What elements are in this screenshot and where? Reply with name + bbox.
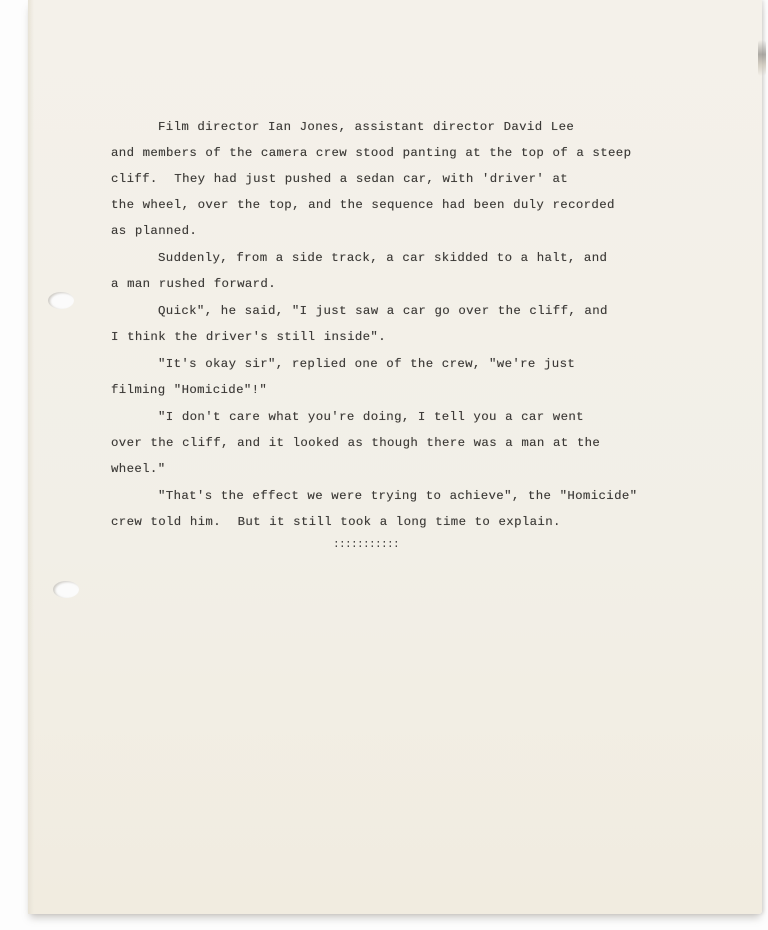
paragraph-4: "It's okay sir", replied one of the crew…: [111, 351, 711, 403]
paragraph-1: Film director Ian Jones, assistant direc…: [111, 114, 711, 244]
paragraph-2: Suddenly, from a side track, a car skidd…: [111, 245, 711, 297]
text-line: Suddenly, from a side track, a car skidd…: [111, 245, 711, 271]
text-line: as planned.: [111, 218, 711, 244]
text-line: the wheel, over the top, and the sequenc…: [111, 192, 711, 218]
punch-hole-top: [48, 292, 74, 309]
text-line: "It's okay sir", replied one of the crew…: [111, 351, 711, 377]
paragraph-3: Quick", he said, "I just saw a car go ov…: [111, 298, 711, 350]
text-line: and members of the camera crew stood pan…: [111, 140, 711, 166]
text-line: I think the driver's still inside".: [111, 324, 711, 350]
end-separator: :::::::::::: [333, 539, 405, 551]
scanned-page: Film director Ian Jones, assistant direc…: [0, 0, 768, 930]
text-line: Film director Ian Jones, assistant direc…: [111, 114, 711, 140]
torn-edge-mark: [758, 40, 766, 76]
text-line: crew told him. But it still took a long …: [111, 509, 711, 535]
text-line: "I don't care what you're doing, I tell …: [111, 404, 711, 430]
text-line: cliff. They had just pushed a sedan car,…: [111, 166, 711, 192]
text-line: a man rushed forward.: [111, 271, 711, 297]
paragraph-5: "I don't care what you're doing, I tell …: [111, 404, 711, 482]
text-line: Quick", he said, "I just saw a car go ov…: [111, 298, 711, 324]
text-line: "That's the effect we were trying to ach…: [111, 483, 711, 509]
paragraph-6: "That's the effect we were trying to ach…: [111, 483, 711, 535]
punch-hole-bottom: [53, 581, 79, 598]
typescript-body: Film director Ian Jones, assistant direc…: [111, 114, 711, 536]
text-line: wheel.": [111, 456, 711, 482]
text-line: over the cliff, and it looked as though …: [111, 430, 711, 456]
text-line: filming "Homicide"!": [111, 377, 711, 403]
